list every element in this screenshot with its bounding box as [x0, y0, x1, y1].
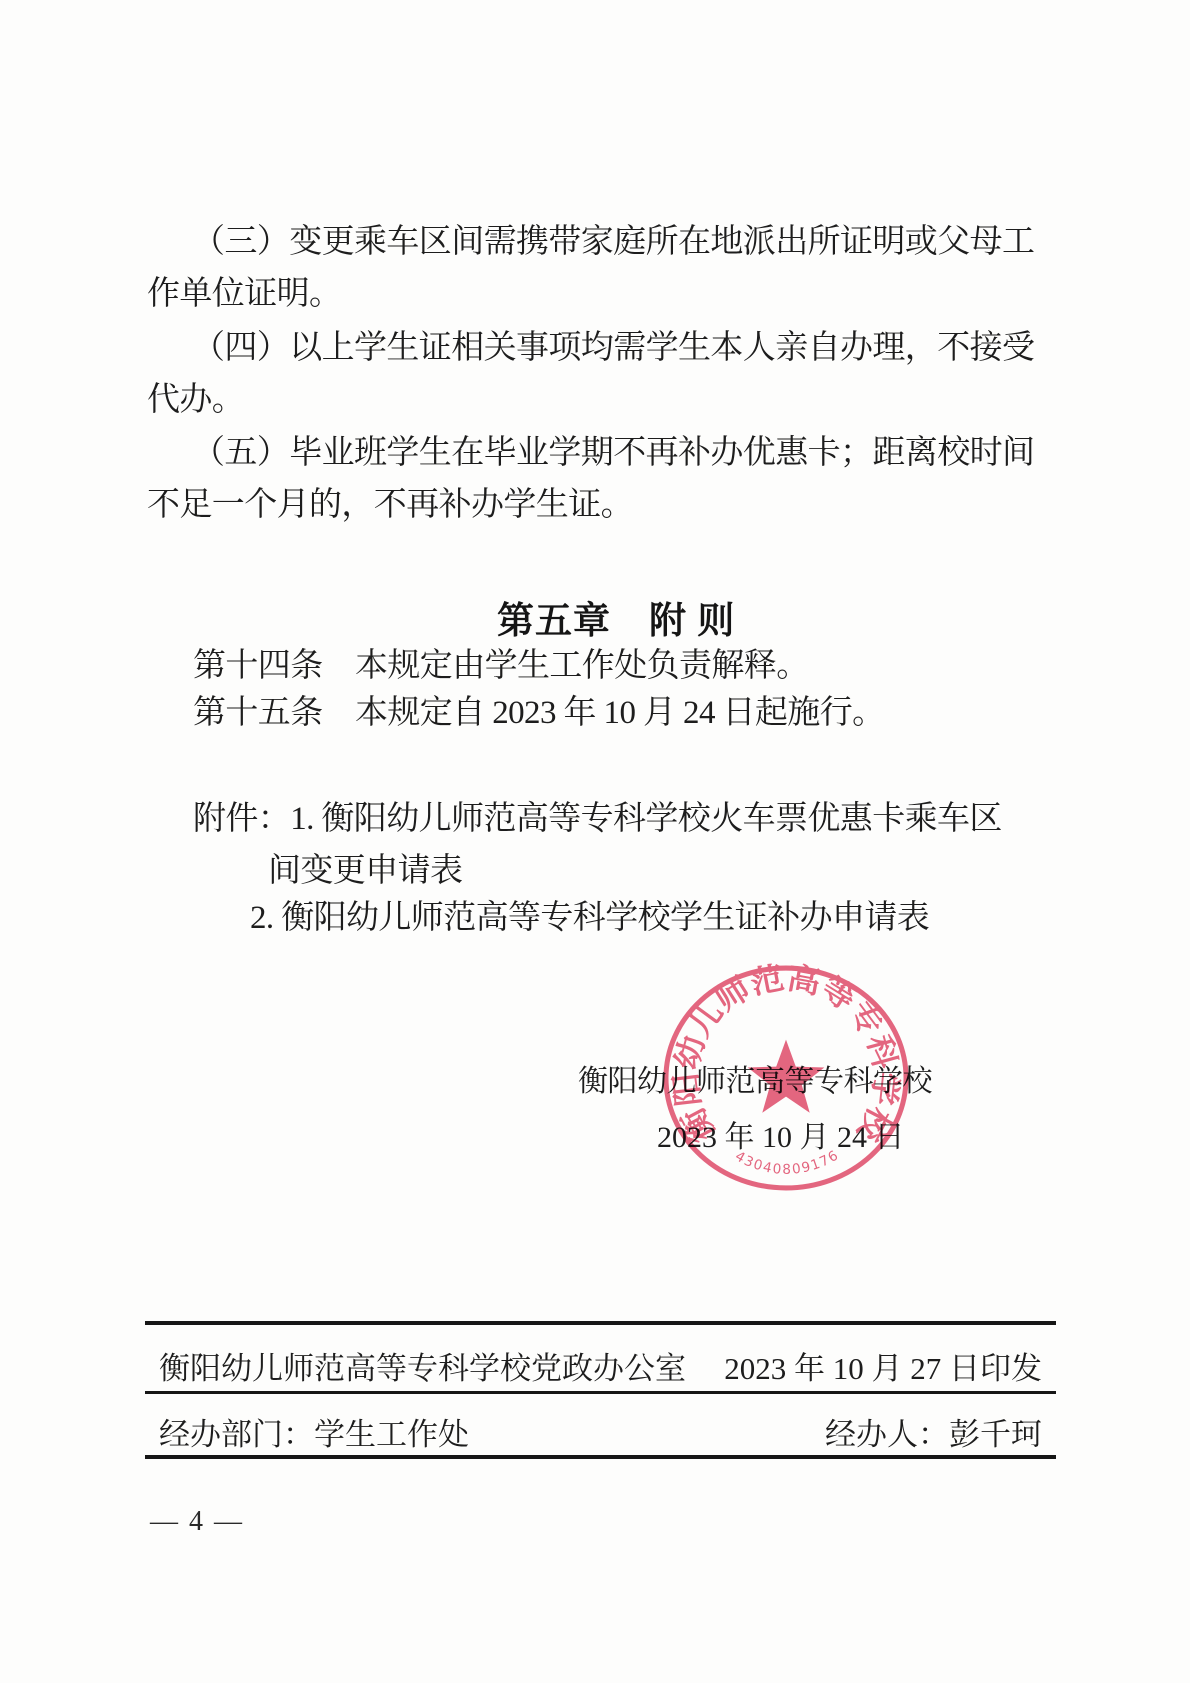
- attachment-line-3: 2. 衡阳幼儿师范高等专科学校学生证补办申请表: [250, 900, 929, 938]
- page-number: — 4 —: [150, 1506, 244, 1538]
- official-seal-stamp: 衡阳幼儿师范高等专科学校 4304080917696: [658, 962, 914, 1194]
- chapter-heading: 第五章 附 则: [497, 590, 735, 644]
- footer-handler: 经办人：彭千珂: [825, 1409, 1042, 1454]
- footer-department: 经办部门：学生工作处: [159, 1409, 469, 1454]
- paragraph-4-line-1: （四）以上学生证相关事项均需学生本人亲自办理，不接受: [192, 330, 1034, 368]
- attachment-line-2: 间变更申请表: [268, 853, 462, 891]
- seal-star-icon: [748, 1040, 825, 1113]
- paragraph-5-line-1: （五）毕业班学生在毕业学期不再补办优惠卡；距离校时间: [192, 435, 1034, 473]
- footer-middle-rule: [145, 1391, 1056, 1394]
- article-14: 第十四条 本规定由学生工作处负责解释。: [193, 648, 809, 686]
- footer-print-date: 2023 年 10 月 27 日印发: [724, 1343, 1042, 1388]
- paragraph-4-line-2: 代办。: [147, 382, 244, 420]
- footer-bottom-rule: [145, 1455, 1056, 1459]
- footer-handler-row: 经办部门：学生工作处 经办人：彭千珂: [145, 1409, 1056, 1454]
- paragraph-5-line-2: 不足一个月的，不再补办学生证。: [147, 487, 633, 525]
- footer-top-rule: [145, 1321, 1056, 1325]
- article-15: 第十五条 本规定自 2023 年 10 月 24 日起施行。: [193, 695, 885, 733]
- document-page: （三）变更乘车区间需携带家庭所在地派出所证明或父母工 作单位证明。 （四）以上学…: [0, 0, 1190, 1683]
- paragraph-3-line-2: 作单位证明。: [147, 276, 341, 314]
- footer-issuer: 衡阳幼儿师范高等专科学校党政办公室: [159, 1343, 686, 1388]
- paragraph-3-line-1: （三）变更乘车区间需携带家庭所在地派出所证明或父母工: [192, 224, 1034, 262]
- attachment-line-1: 附件：1. 衡阳幼儿师范高等专科学校火车票优惠卡乘车区: [193, 801, 1002, 839]
- footer-issuer-row: 衡阳幼儿师范高等专科学校党政办公室 2023 年 10 月 27 日印发: [145, 1343, 1056, 1388]
